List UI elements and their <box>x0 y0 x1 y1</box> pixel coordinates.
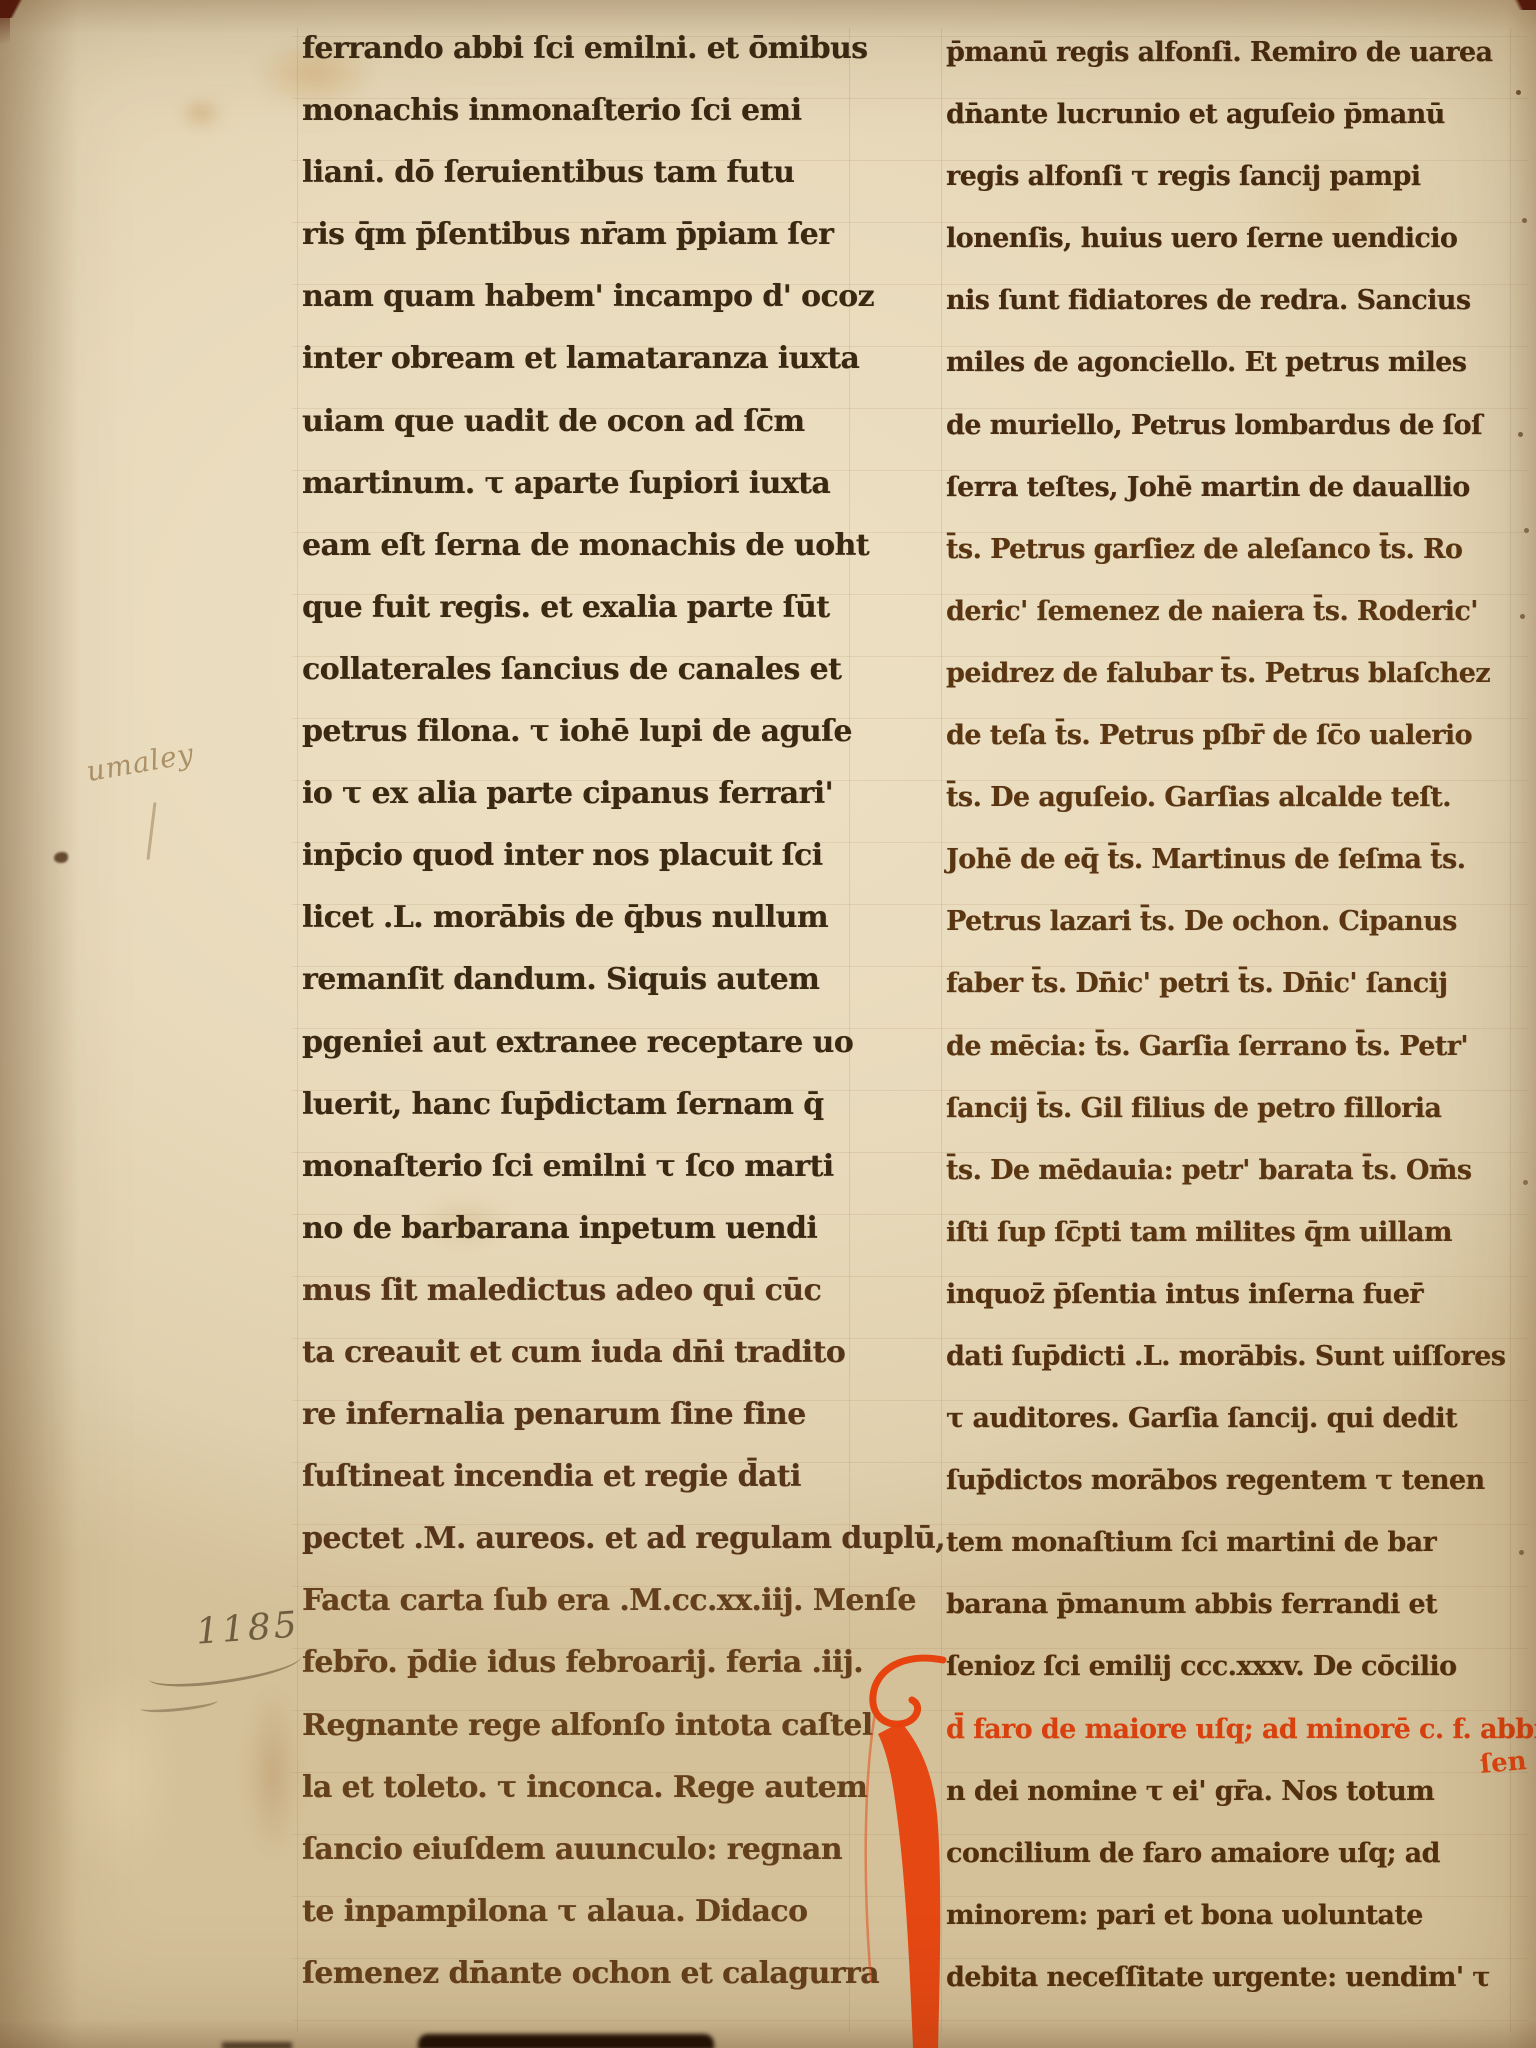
photo-vignette <box>0 0 1536 2048</box>
manuscript-page: ferrando abbi ſci emilni. et ōmibusmonac… <box>0 0 1536 2048</box>
